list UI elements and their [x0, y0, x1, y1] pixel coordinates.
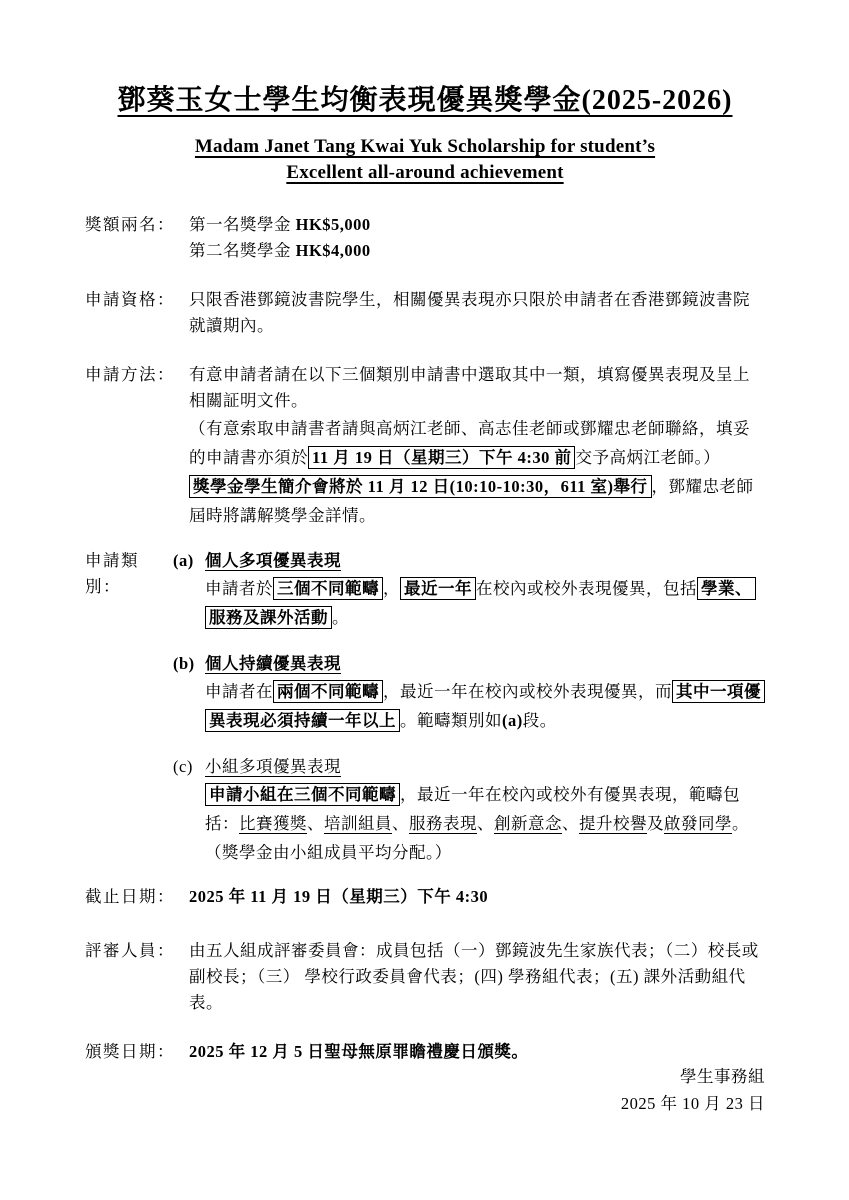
text-run: ，最近一年在校內或校外表現優異，而: [383, 682, 672, 701]
judges-text: 由五人組成評審委員會：成員包括（一）鄧鏡波先生家族代表；（二）校長或副校長；（三…: [189, 938, 765, 1016]
method-content: 有意申請者請在以下三個類別申請書中選取其中一類，填寫優異表現及呈上相關証明文件。…: [189, 362, 765, 530]
category-item-c: (c) 小組多項優異表現 申請小組在三個不同範疇，最近一年在校內或校外有優異表現…: [173, 754, 765, 867]
category-heading-c: 小組多項優異表現: [205, 754, 765, 780]
text-run: 及: [647, 814, 664, 833]
category-marker-a: (a): [173, 548, 205, 632]
method-label: 申請方法：: [85, 362, 189, 530]
text-run: 第二名獎學金: [189, 241, 296, 260]
text-run: 比賽獲獎: [239, 814, 307, 833]
section-categories: 申請類別： (a) 個人多項優異表現 申請者於三個不同範疇，最近一年在校內或校外…: [85, 548, 765, 867]
eligibility-text: 只限香港鄧鏡波書院學生，相關優異表現亦只限於申請者在香港鄧鏡波書院就讀期內。: [189, 287, 765, 339]
section-award-date: 頒獎日期： 2025 年 12 月 5 日聖母無原罪瞻禮慶日頒獎。: [85, 1039, 765, 1065]
text-run: 啟發同學: [664, 814, 732, 833]
text-run: 段。: [523, 711, 557, 730]
category-heading-b: 個人持續優異表現: [205, 651, 765, 677]
method-paragraph-3: 獎學金學生簡介會將於 11 月 12 日(10:10-10:30，611 室)舉…: [189, 472, 765, 530]
category-item-b: (b) 個人持續優異表現 申請者在兩個不同範疇，最近一年在校內或校外表現優異，而…: [173, 651, 765, 735]
award-first-line: 第一名獎學金 HK$5,000: [189, 212, 765, 238]
categories-label: 申請類別：: [85, 548, 173, 867]
text-run: 培訓組員: [324, 814, 392, 833]
text-run: 、: [562, 814, 579, 833]
category-text-b: 申請者在兩個不同範疇，最近一年在校內或校外表現優異，而其中一項優異表現必須持續一…: [205, 677, 765, 735]
section-judges: 評審人員： 由五人組成評審委員會：成員包括（一）鄧鏡波先生家族代表；（二）校長或…: [85, 938, 765, 1016]
text-run: 申請小組在三個不同範疇: [205, 783, 400, 806]
category-marker-c: (c): [173, 754, 205, 867]
subtitle-line2: Excellent all-around achievement: [85, 160, 765, 186]
section-method: 申請方法： 有意申請者請在以下三個類別申請書中選取其中一類，填寫優異表現及呈上相…: [85, 362, 765, 530]
text-run: 、: [392, 814, 409, 833]
text-run: (a): [502, 711, 523, 730]
text-run: 創新意念: [494, 814, 562, 833]
category-item-a: (a) 個人多項優異表現 申請者於三個不同範疇，最近一年在校內或校外表現優異，包…: [173, 548, 765, 632]
text-run: 最近一年: [400, 577, 476, 600]
eligibility-label: 申請資格：: [85, 287, 189, 339]
category-marker-b: (b): [173, 651, 205, 735]
category-heading-a: 個人多項優異表現: [205, 548, 765, 574]
category-text-a: 申請者於三個不同範疇，最近一年在校內或校外表現優異，包括學業、服務及課外活動。: [205, 574, 765, 632]
text-run: 申請者於: [205, 579, 273, 598]
text-run: 在校內或校外表現優異，包括: [476, 579, 697, 598]
text-run: 申請者在: [205, 682, 273, 701]
deadline-text: 2025 年 11 月 19 日（星期三）下午 4:30: [189, 884, 765, 910]
award-date-text: 2025 年 12 月 5 日聖母無原罪瞻禮慶日頒獎。: [189, 1039, 765, 1065]
page-title-text: 鄧葵玉女士學生均衡表現優異獎學金(2025-2026): [118, 85, 733, 116]
text-run: 服務表現: [409, 814, 477, 833]
subtitle-block: Madam Janet Tang Kwai Yuk Scholarship fo…: [85, 134, 765, 186]
signoff-block: 學生事務組 2025 年 10 月 23 日: [85, 1063, 765, 1117]
awards-content: 第一名獎學金 HK$5,000 第二名獎學金 HK$4,000: [189, 212, 765, 264]
text-run: 。範疇類別如: [400, 711, 502, 730]
category-body-c: 小組多項優異表現 申請小組在三個不同範疇，最近一年在校內或校外有優異表現，範疇包…: [205, 754, 765, 867]
subtitle-line1: Madam Janet Tang Kwai Yuk Scholarship fo…: [85, 134, 765, 160]
text-run: 、: [477, 814, 494, 833]
signoff-department: 學生事務組: [85, 1063, 765, 1090]
text-run: 。: [332, 608, 349, 627]
text-run: 三個不同範疇: [273, 577, 383, 600]
section-deadline: 截止日期： 2025 年 11 月 19 日（星期三）下午 4:30: [85, 884, 765, 910]
category-body-b: 個人持續優異表現 申請者在兩個不同範疇，最近一年在校內或校外表現優異，而其中一項…: [205, 651, 765, 735]
award-date-label: 頒獎日期：: [85, 1039, 189, 1065]
text-run: HK$5,000: [296, 215, 371, 234]
deadline-label: 截止日期：: [85, 884, 189, 910]
method-paragraph-1: 有意申請者請在以下三個類別申請書中選取其中一類，填寫優異表現及呈上相關証明文件。: [189, 362, 765, 414]
text-run: 兩個不同範疇: [273, 680, 383, 703]
page-title: 鄧葵玉女士學生均衡表現優異獎學金(2025-2026): [85, 82, 765, 120]
text-run: 、: [307, 814, 324, 833]
text-run: 提升校譽: [579, 814, 647, 833]
section-eligibility: 申請資格： 只限香港鄧鏡波書院學生，相關優異表現亦只限於申請者在香港鄧鏡波書院就…: [85, 287, 765, 339]
text-run: 11 月 19 日（星期三）下午 4:30 前: [308, 446, 575, 469]
category-body-a: 個人多項優異表現 申請者於三個不同範疇，最近一年在校內或校外表現優異，包括學業、…: [205, 548, 765, 632]
categories-content: (a) 個人多項優異表現 申請者於三個不同範疇，最近一年在校內或校外表現優異，包…: [173, 548, 765, 867]
text-run: 第一名獎學金: [189, 215, 296, 234]
text-run: ，: [383, 579, 400, 598]
section-awards: 獎額兩名： 第一名獎學金 HK$5,000 第二名獎學金 HK$4,000: [85, 212, 765, 264]
text-run: 獎學金學生簡介會將於 11 月 12 日(10:10-10:30，611 室)舉…: [189, 475, 652, 498]
document-page: 鄧葵玉女士學生均衡表現優異獎學金(2025-2026) Madam Janet …: [0, 0, 849, 1200]
method-paragraph-2: （有意索取申請書者請與高炳江老師、高志佳老師或鄧耀忠老師聯絡，填妥的申請書亦須於…: [189, 414, 765, 472]
category-text-c: 申請小組在三個不同範疇，最近一年在校內或校外有優異表現，範疇包括：比賽獲獎、培訓…: [205, 780, 765, 867]
awards-label: 獎額兩名：: [85, 212, 189, 264]
signoff-date: 2025 年 10 月 23 日: [85, 1090, 765, 1117]
text-run: 交予高炳江老師。）: [575, 448, 720, 467]
judges-label: 評審人員：: [85, 938, 189, 1016]
text-run: HK$4,000: [296, 241, 371, 260]
award-second-line: 第二名獎學金 HK$4,000: [189, 238, 765, 264]
